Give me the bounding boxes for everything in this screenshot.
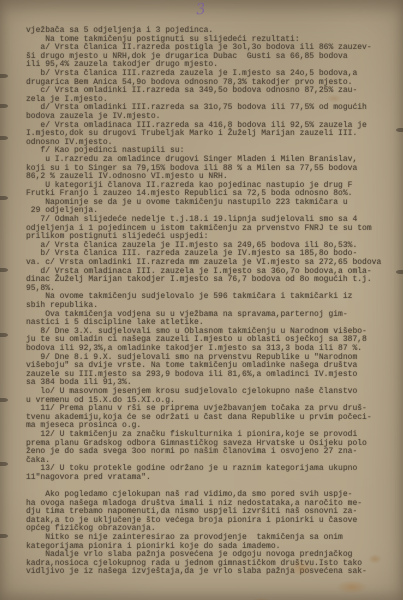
- scan-artifact: [0, 398, 8, 402]
- paper-stain: [336, 580, 368, 594]
- scan-artifact: [0, 268, 8, 272]
- scan-artifact: [0, 333, 8, 337]
- text-line: vidljivo je iz našega izvještaja,da je v…: [26, 568, 398, 577]
- scan-artifact: [0, 136, 8, 140]
- scan-artifact: [0, 104, 8, 108]
- scanned-document-page: 3 vježbača sa 5 odjeljenja i 3 pojedinca…: [0, 0, 403, 600]
- scan-artifact: [0, 534, 8, 538]
- typewritten-text: vježbača sa 5 odjeljenja i 3 pojedinca. …: [26, 27, 398, 577]
- scan-artifact: [0, 74, 8, 78]
- scan-artifact: [0, 196, 8, 200]
- text-line: ženo je do sada svega 3oo normi po našim…: [26, 448, 398, 457]
- handwritten-page-number: 3: [195, 0, 206, 18]
- scan-artifact: [0, 462, 8, 466]
- text-line: dinac Žuželj Marijan takodjer I.mjesto s…: [26, 276, 398, 285]
- text-line: 11"nagovora pred vratama".: [26, 474, 398, 483]
